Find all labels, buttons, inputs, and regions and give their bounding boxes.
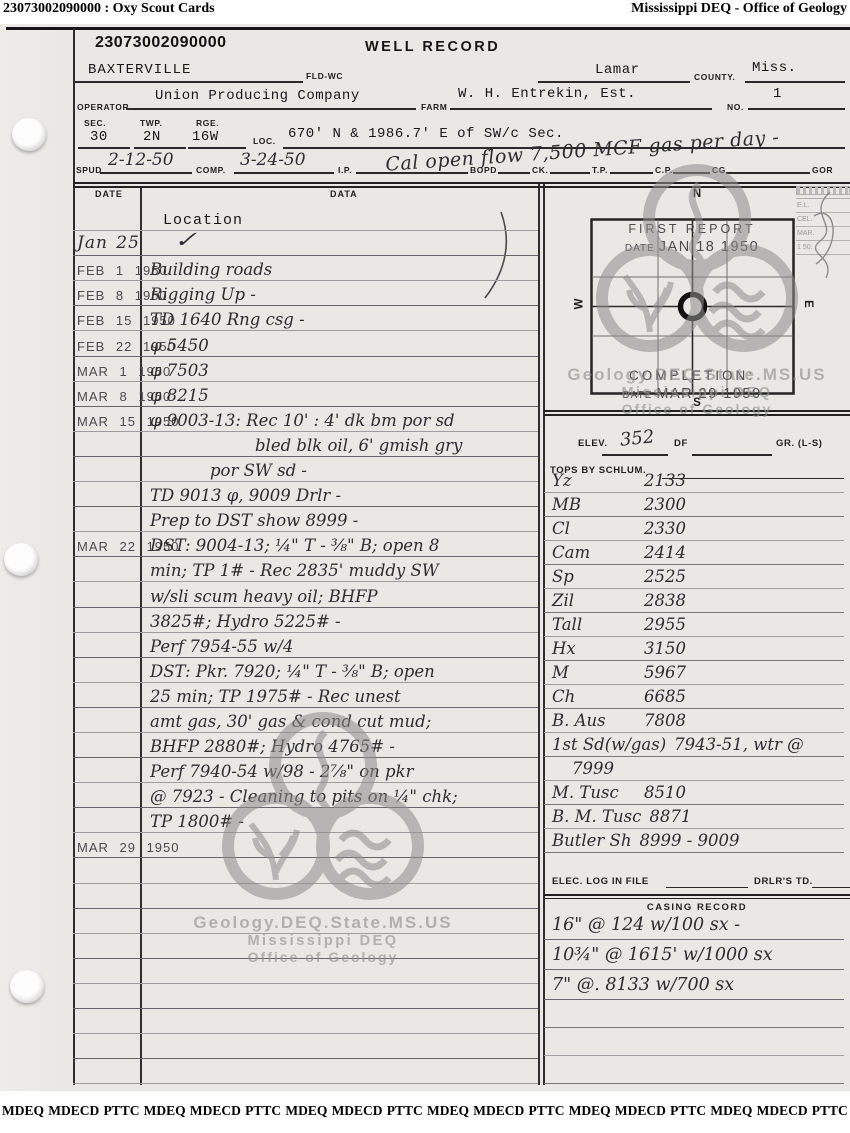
tops-row: MB2300	[544, 493, 844, 517]
table-row: 3825#; Hydro 5225# -	[73, 608, 538, 633]
table-row: bled blk oil, 6' gmish gry	[73, 432, 538, 457]
table-row: w/sli scum heavy oil; BHFP	[73, 582, 538, 607]
well-api-number: 23073002090000	[95, 34, 227, 52]
formation-name: MB	[552, 493, 644, 516]
county-label: COUNTY.	[694, 72, 736, 82]
tops-row: Cl2330	[544, 517, 844, 541]
ip-label: I.P.	[338, 165, 352, 175]
log-entry-text: Perf 7954-55 w/4	[150, 637, 293, 656]
rge-label: RGE.	[196, 118, 219, 128]
section-divider-line	[544, 410, 850, 412]
table-row: FEB 1 1950 Building roads	[73, 256, 538, 281]
compass-east-label: E	[802, 300, 814, 308]
tops-row: Cam2414	[544, 541, 844, 565]
drlrs-td-underline	[812, 887, 850, 888]
log-entry-text: DST: 9004-13; ¼" T - ⅜" B; open 8	[150, 536, 439, 555]
log-entry-text: BHFP 2880#; Hydro 4765# -	[150, 737, 395, 756]
completion-date: DATEMAR 29 1950	[574, 386, 810, 402]
casing-record-list: 16" @ 124 w/100 sx -10¾" @ 1615' w/1000 …	[544, 910, 844, 1000]
viewer-header-right: Mississippi DEQ - Office of Geology	[631, 1, 847, 17]
formation-name: M	[552, 661, 644, 684]
formation-name: Tall	[552, 613, 644, 636]
table-row: 25 min; TP 1975# - Rec unest	[73, 683, 538, 708]
compass-west-label: W	[573, 299, 585, 310]
first-report-stamp: FIRST REPORT	[584, 222, 800, 236]
table-row: FEB 8 1950 Rigging Up -	[73, 281, 538, 306]
table-row: Perf 7954-55 w/4	[73, 633, 538, 658]
well-no-underline	[748, 108, 845, 110]
footer-token: PTTC	[245, 1103, 281, 1119]
table-row	[73, 884, 538, 909]
ruled-line	[544, 1000, 844, 1028]
log-entry-text: w/sli scum heavy oil; BHFP	[150, 587, 378, 606]
log-entry-text: Perf 7940-54 w/98 - 2⅞" on pkr	[150, 762, 414, 781]
footer-token: PTTC	[387, 1103, 423, 1119]
ruled-line	[544, 1056, 844, 1084]
cp-label: C.P.	[655, 165, 673, 175]
date-stamp: MAR 29 1950	[77, 840, 180, 855]
cg-label: CG	[712, 165, 726, 175]
formation-depth: 2525	[644, 567, 686, 586]
tops-row: B. M. Tusc8871	[544, 805, 844, 829]
tops-row: B. Aus7808	[544, 709, 844, 733]
first-report-date-value: JAN 18 1950	[659, 239, 759, 255]
table-row	[73, 1059, 538, 1084]
table-row	[73, 934, 538, 959]
casing-row: 7" @. 8133 w/700 sx	[544, 970, 844, 1000]
formation-name: Butler Sh	[552, 829, 632, 852]
table-row: MAR 8 1950 φ 8215	[73, 382, 538, 407]
rge-underline	[188, 147, 246, 149]
cp-underline	[673, 172, 710, 174]
viewer-footer-bar: MDEQMDECDPTTCMDEQMDECDPTTCMDEQMDECDPTTCM…	[0, 1103, 850, 1119]
log-entry-text: 25 min; TP 1975# - Rec unest	[150, 687, 401, 706]
table-row: @ 7923 - Cleaning to pits on ¼" chk;	[73, 783, 538, 808]
formation-name: B. Aus	[552, 709, 644, 732]
footer-token: MDEQ	[427, 1103, 469, 1119]
rge-value: 16W	[192, 129, 219, 145]
date-stamp: Jan 25	[77, 233, 140, 253]
formation-depth: 2838	[644, 591, 686, 610]
comp-underline	[234, 172, 334, 174]
formation-depth: 3150	[644, 639, 686, 658]
tp-underline	[610, 172, 653, 174]
log-entry-text: Location	[163, 212, 243, 229]
farm-value: W. H. Entrekin, Est.	[458, 86, 636, 102]
formation-name: Sp	[552, 565, 644, 588]
footer-token: MDECD	[615, 1103, 666, 1119]
log-entry-text: min; TP 1# - Rec 2835' muddy SW	[150, 561, 439, 580]
empty-ruled-lines	[544, 1000, 844, 1084]
operator-underline	[126, 108, 416, 110]
date-label: DATE	[622, 390, 652, 401]
hole-punch	[10, 970, 44, 1003]
table-row: MAR 1 1950 φ 7503	[73, 357, 538, 382]
date-column-header: DATE	[95, 189, 123, 199]
table-row	[73, 1009, 538, 1034]
log-entry-text: Prep to DST show 8999 -	[150, 511, 358, 530]
tops-row: 7999	[544, 757, 844, 781]
table-row	[73, 984, 538, 1009]
table-row	[73, 1034, 538, 1059]
formation-depth: 2414	[644, 543, 686, 562]
spud-value: 2-12-50	[108, 150, 174, 170]
log-entry-text: por SW sd -	[210, 461, 307, 480]
ck-label: CK.	[532, 165, 548, 175]
tp-label: T.P.	[592, 165, 608, 175]
formation-depth: 8510	[644, 783, 686, 802]
tops-row: Zil2838	[544, 589, 844, 613]
hole-punch	[4, 543, 38, 576]
well-log-table: Location Jan 25 ✓ FEB 1 1950 Building ro…	[73, 206, 538, 1084]
log-entry-text: Rigging Up -	[150, 285, 256, 304]
footer-token: MDEQ	[144, 1103, 186, 1119]
elec-log-label: ELEC. LOG IN FILE	[552, 876, 649, 887]
scanned-document: 23073002090000 WELL RECORD BAXTERVILLE F…	[0, 24, 850, 1091]
tops-row: M5967	[544, 661, 844, 685]
sec-underline	[78, 147, 130, 149]
bopd-underline	[498, 172, 530, 174]
date-label: DATE	[625, 243, 655, 254]
table-row: MAR 22 1950 DST: 9004-13; ¼" T - ⅜" B; o…	[73, 532, 538, 557]
formation-depth: 7943-51, wtr @	[674, 735, 803, 754]
footer-token: MDECD	[757, 1103, 808, 1119]
table-row: TD 9013 φ, 9009 Drlr -	[73, 482, 538, 507]
footer-token: MDECD	[190, 1103, 241, 1119]
casing-divider-line	[544, 898, 850, 899]
casing-row: 10¾" @ 1615' w/1000 sx	[544, 940, 844, 970]
formation-depth: 8871	[649, 807, 691, 826]
operator-value: Union Producing Company	[155, 88, 360, 104]
formation-name: Cam	[552, 541, 644, 564]
table-row: MAR 15 1950 φ 9003-13: Rec 10' : 4' dk b…	[73, 407, 538, 432]
casing-divider-line	[544, 894, 850, 896]
formation-name: Yz	[552, 469, 644, 492]
tops-row: M. Tusc8510	[544, 781, 844, 805]
twp-value: 2N	[143, 129, 161, 145]
formation-depth: 2133	[644, 471, 686, 490]
formation-name: Ch	[552, 685, 644, 708]
table-row: FEB 15 1950 TD 1640 Rng csg -	[73, 306, 538, 331]
log-entry-text: DST: Pkr. 7920; ¼" T - ⅜" B; open	[150, 662, 435, 681]
loc-label: LOC.	[253, 136, 276, 146]
tops-row: Ch6685	[544, 685, 844, 709]
footer-token: MDECD	[48, 1103, 99, 1119]
footer-token: MDECD	[473, 1103, 524, 1119]
comp-label: COMP.	[196, 165, 226, 175]
formation-name: B. M. Tusc	[552, 805, 641, 828]
formation-name: Hx	[552, 637, 644, 660]
gor-label: GOR	[812, 165, 833, 175]
bopd-label: BOPD	[470, 165, 497, 175]
signature-scribble	[796, 186, 850, 286]
gr-label: GR. (L-S)	[776, 438, 823, 449]
footer-token: MDEQ	[569, 1103, 611, 1119]
elev-label: ELEV.	[578, 438, 608, 449]
formation-name: Cl	[552, 517, 644, 540]
section-divider-line	[544, 414, 850, 416]
table-row: Perf 7940-54 w/98 - 2⅞" on pkr	[73, 758, 538, 783]
right-panel: N S W E FIRST REPORT DATEJAN 18 1950 COM…	[544, 182, 850, 1085]
farm-underline	[450, 108, 712, 110]
card-top-border	[6, 27, 850, 30]
table-row: Location	[73, 206, 538, 231]
viewer-header-left: 23073002090000 : Oxy Scout Cards	[3, 1, 215, 17]
log-entry-text: @ 7923 - Cleaning to pits on ¼" chk;	[150, 787, 458, 806]
table-row: BHFP 2880#; Hydro 4765# -	[73, 733, 538, 758]
log-entry-text: φ 7503	[150, 361, 209, 380]
log-entry-text: φ 5450	[150, 336, 209, 355]
log-entry-text: 3825#; Hydro 5225# -	[150, 612, 341, 631]
footer-token: MDECD	[332, 1103, 383, 1119]
formation-name: 1st Sd(w/gas)	[552, 733, 666, 756]
footer-token: MDEQ	[710, 1103, 752, 1119]
footer-token: PTTC	[528, 1103, 564, 1119]
tops-row: 1st Sd(w/gas)7943-51, wtr @	[544, 733, 844, 757]
sec-label: SEC.	[84, 118, 106, 128]
spud-underline	[100, 172, 192, 174]
casing-row: 16" @ 124 w/100 sx -	[544, 910, 844, 940]
formation-tops-list: Yz2133 MB2300 Cl2330 Cam2414 Sp2525 Zil2…	[544, 469, 844, 853]
log-entry-text: TD 1640 Rng csg -	[150, 310, 305, 329]
county-value: Lamar	[595, 62, 640, 78]
table-row: TP 1800# -	[73, 808, 538, 833]
well-no-label: NO.	[727, 102, 744, 112]
scanned-well-record-page: { "colors":{"paper":"#e9e8e4","ink":"#2c…	[0, 0, 850, 1133]
hole-punch	[12, 118, 46, 151]
footer-token: MDEQ	[285, 1103, 327, 1119]
formation-depth: 2300	[644, 495, 686, 514]
field-underline	[75, 81, 303, 83]
table-row	[73, 959, 538, 984]
well-no-value: 1	[773, 86, 782, 102]
footer-token: MDEQ	[2, 1103, 44, 1119]
log-entry-text: TP 1800# -	[150, 812, 244, 831]
drlrs-td-label: DRLR'S TD.	[754, 876, 813, 887]
log-entry-text: φ 8215	[150, 386, 209, 405]
tops-row: Hx3150	[544, 637, 844, 661]
state-underline	[745, 81, 845, 83]
tops-row: Tall2955	[544, 613, 844, 637]
state-value: Miss.	[752, 60, 797, 76]
df-label: DF	[674, 438, 688, 449]
farm-label: FARM	[421, 102, 447, 112]
page-title: WELL RECORD	[365, 39, 500, 55]
completion-date-value: MAR 29 1950	[656, 386, 761, 402]
footer-token: PTTC	[812, 1103, 848, 1119]
log-entry-text: bled blk oil, 6' gmish gry	[255, 436, 462, 455]
formation-depth: 2330	[644, 519, 686, 538]
table-row: Prep to DST show 8999 -	[73, 507, 538, 532]
tops-row: Butler Sh8999 - 9009	[544, 829, 844, 853]
table-row: MAR 29 1950	[73, 833, 538, 858]
elev-underline	[602, 454, 668, 456]
field-label: FLD-WC	[306, 71, 343, 81]
twp-underline	[134, 147, 186, 149]
table-row: FEB 22 1950 φ 5450	[73, 331, 538, 356]
field-name-value: BAXTERVILLE	[88, 62, 191, 78]
twp-label: TWP.	[140, 118, 163, 128]
formation-name: M. Tusc	[552, 781, 644, 804]
loc-value: 670' N & 1986.7' E of SW/c Sec.	[288, 126, 564, 142]
formation-depth: 2955	[644, 615, 686, 634]
spud-label: SPUD	[76, 165, 102, 175]
comp-value: 3-24-50	[240, 150, 306, 170]
tops-row: Sp2525	[544, 565, 844, 589]
table-row	[73, 909, 538, 934]
df-underline	[692, 454, 772, 456]
log-entry-text: φ 9003-13: Rec 10' : 4' dk bm por sd	[150, 411, 455, 430]
margin-received-stamp: E.L. CEL. MAR. 1 50.	[796, 186, 850, 286]
completion-stamp: COMPLETION:	[584, 368, 800, 383]
log-entry-text: Building roads	[150, 260, 272, 279]
formation-depth: 6685	[644, 687, 686, 706]
first-report-date: DATEJAN 18 1950	[574, 239, 810, 255]
formation-depth: 5967	[644, 663, 686, 682]
ruled-line	[544, 1028, 844, 1056]
operator-label: OPERATOR	[77, 102, 129, 112]
viewer-header-bar: 23073002090000 : Oxy Scout Cards Mississ…	[0, 0, 850, 22]
sec-value: 30	[90, 129, 108, 145]
table-row: amt gas, 30' gas & cond cut mud;	[73, 708, 538, 733]
table-row: por SW sd -	[73, 457, 538, 482]
tops-row: Yz2133	[544, 469, 844, 493]
table-row: DST: Pkr. 7920; ¼" T - ⅜" B; open	[73, 658, 538, 683]
formation-depth: 7808	[644, 711, 686, 730]
table-row: min; TP 1# - Rec 2835' muddy SW	[73, 557, 538, 582]
formation-depth: 7999	[572, 759, 614, 778]
elev-value: 352	[619, 426, 655, 450]
footer-token: PTTC	[103, 1103, 139, 1119]
log-entry-text: amt gas, 30' gas & cond cut mud;	[150, 712, 431, 731]
county-underline	[538, 81, 690, 83]
cg-underline	[726, 172, 810, 174]
footer-token: PTTC	[670, 1103, 706, 1119]
ip-underline	[356, 172, 468, 174]
table-row: Jan 25 ✓	[73, 231, 538, 256]
panel-divider-line	[538, 182, 540, 1085]
log-entry-text: ✓	[171, 228, 200, 253]
formation-depth: 8999 - 9009	[640, 831, 740, 850]
ck-underline	[550, 172, 590, 174]
elec-underline	[666, 887, 748, 888]
log-entry-text: TD 9013 φ, 9009 Drlr -	[150, 486, 341, 505]
data-column-header: DATA	[330, 189, 358, 199]
table-row	[73, 858, 538, 883]
formation-name: Zil	[552, 589, 644, 612]
